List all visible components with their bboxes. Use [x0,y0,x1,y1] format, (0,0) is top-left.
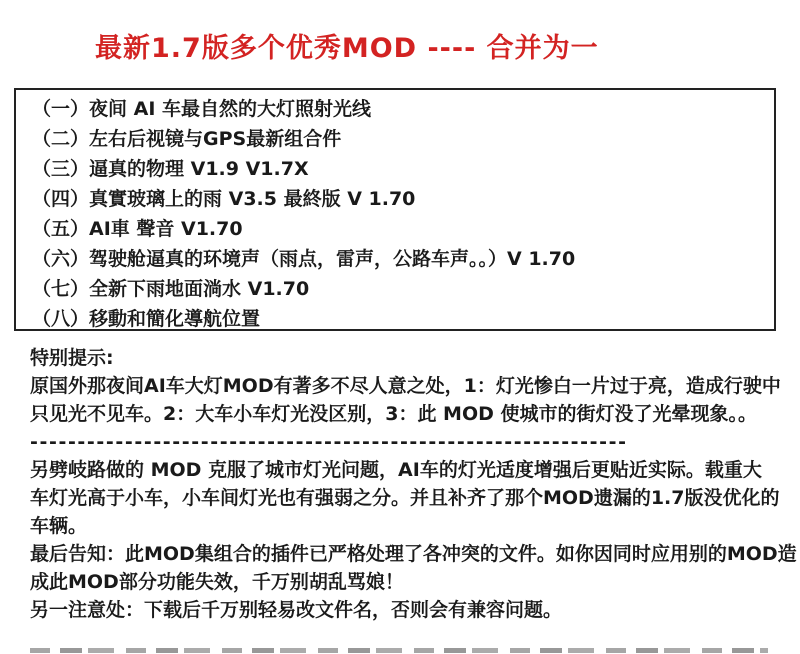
note-line: 另劈岐路做的 MOD 克服了城市灯光问题，AI车的灯光适度增强后更贴近实际。载重… [30,456,782,484]
note-line: 车灯光高于小车，小车间灯光也有强弱之分。并且补齐了那个MOD遗漏的1.7版没优化… [30,484,782,512]
mod-list-item: （七）全新下雨地面淌水 V1.70 [32,274,774,304]
note-line: 成此MOD部分功能失效，千万别胡乱骂娘！ [30,568,782,596]
document-page: 最新1.7版多个优秀MOD ---- 合并为一 （一）夜间 AI 车最自然的大灯… [0,0,800,654]
note-line: 原国外那夜间AI车大灯MOD有著多不尽人意之处，1：灯光惨白一片过于亮，造成行驶… [30,372,782,400]
mod-list-item: （三）逼真的物理 V1.9 V1.7X [32,154,774,184]
clipped-text-row [30,648,768,653]
note-line: 车辆。 [30,512,782,540]
note-line: 只见光不见车。2：大车小车灯光没区别，3：此 MOD 使城市的街灯没了光晕现象。… [30,400,782,428]
dashed-separator: ----------------------------------------… [30,428,782,456]
mod-list-item: （一）夜间 AI 车最自然的大灯照射光线 [32,94,774,124]
notes-block: 特别提示: 原国外那夜间AI车大灯MOD有著多不尽人意之处，1：灯光惨白一片过于… [30,344,782,624]
mod-list-item: （六）驾驶舱逼真的环境声（雨点，雷声，公路车声。。）V 1.70 [32,244,774,274]
mod-list-item: （八）移動和簡化導航位置 [32,304,774,334]
mod-list-item: （二）左右后视镜与GPS最新组合件 [32,124,774,154]
page-title: 最新1.7版多个优秀MOD ---- 合并为一 [95,26,599,65]
note-line: 最后告知：此MOD集组合的插件已严格处理了各冲突的文件。如你因同时应用别的MOD… [30,540,782,568]
mod-list-item: （四）真實玻璃上的雨 V3.5 最終版 V 1.70 [32,184,774,214]
note-line: 另一注意处：下载后千万别轻易改文件名，否则会有兼容问题。 [30,596,782,624]
notes-heading: 特别提示: [30,344,782,372]
mod-list-box: （一）夜间 AI 车最自然的大灯照射光线 （二）左右后视镜与GPS最新组合件 （… [14,88,776,331]
mod-list-item: （五）AI車 聲音 V1.70 [32,214,774,244]
